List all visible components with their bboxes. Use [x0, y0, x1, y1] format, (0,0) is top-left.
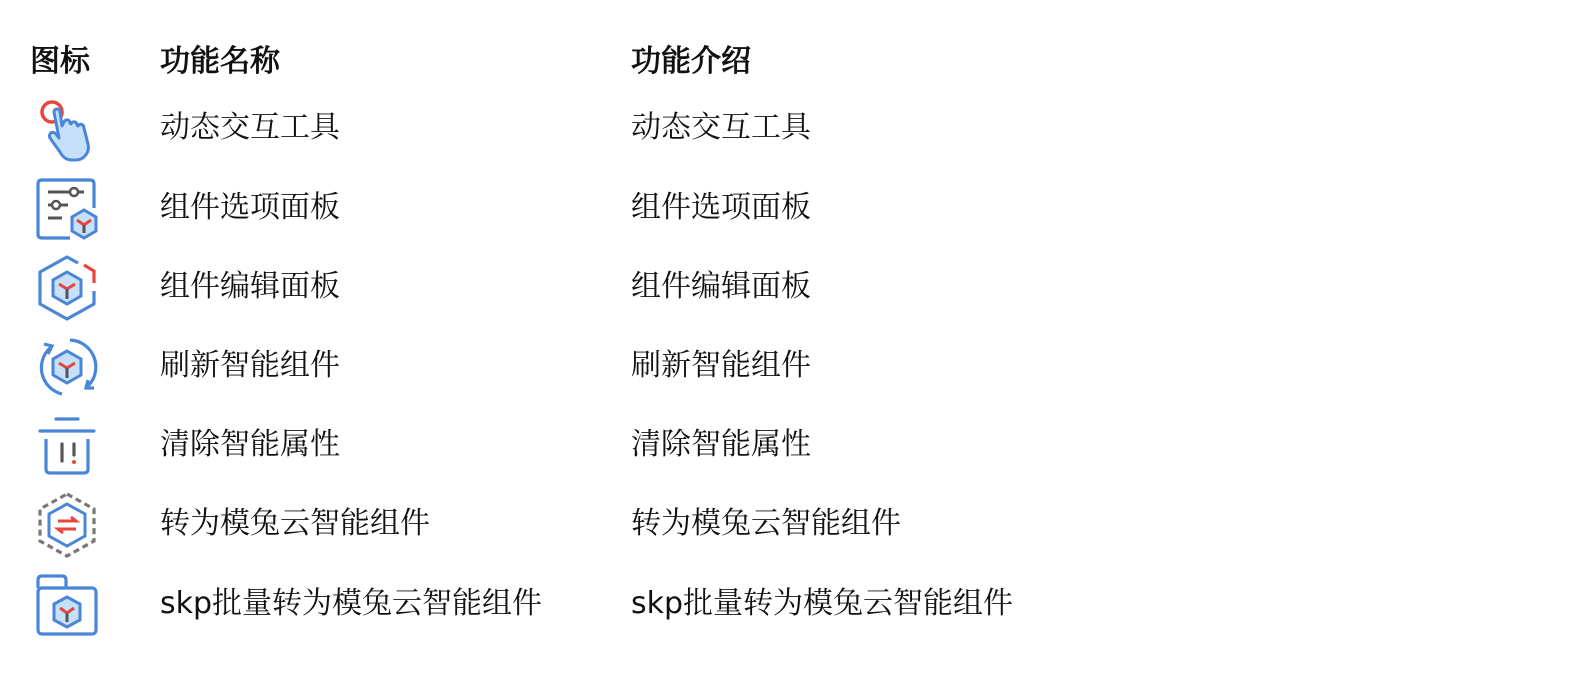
row-name: skp批量转为模兔云智能组件: [160, 582, 542, 626]
row-description: skp批量转为模兔云智能组件: [631, 582, 1013, 626]
table-row: skp批量转为模兔云智能组件 skp批量转为模兔云智能组件: [0, 570, 1580, 649]
row-name: 刷新智能组件: [160, 344, 340, 388]
header-icon: 图标: [30, 40, 90, 84]
row-description: 组件编辑面板: [631, 265, 811, 309]
component-edit-panel-icon[interactable]: [32, 253, 102, 323]
clear-attributes-trash-icon[interactable]: [32, 411, 102, 481]
row-name: 动态交互工具: [160, 106, 340, 150]
convert-component-icon[interactable]: [32, 490, 102, 560]
batch-convert-folder-icon[interactable]: [32, 570, 102, 640]
row-description: 组件选项面板: [631, 186, 811, 230]
row-name: 转为模兔云智能组件: [160, 502, 430, 546]
table-row: 组件编辑面板 组件编辑面板: [0, 253, 1580, 332]
row-description: 转为模兔云智能组件: [631, 502, 901, 546]
table-row: 转为模兔云智能组件 转为模兔云智能组件: [0, 490, 1580, 569]
header-name: 功能名称: [160, 40, 280, 84]
refresh-component-icon[interactable]: [32, 332, 102, 402]
table-row: 刷新智能组件 刷新智能组件: [0, 332, 1580, 411]
row-name: 组件选项面板: [160, 186, 340, 230]
row-name: 清除智能属性: [160, 423, 340, 467]
table-header: 图标 功能名称 功能介绍: [0, 40, 1580, 84]
row-description: 清除智能属性: [631, 423, 811, 467]
row-description: 动态交互工具: [631, 106, 811, 150]
row-name: 组件编辑面板: [160, 265, 340, 309]
table-row: 动态交互工具 动态交互工具: [0, 94, 1580, 173]
header-description: 功能介绍: [631, 40, 751, 84]
table-row: 清除智能属性 清除智能属性: [0, 411, 1580, 490]
row-description: 刷新智能组件: [631, 344, 811, 388]
component-options-panel-icon[interactable]: [32, 174, 102, 244]
table-row: 组件选项面板 组件选项面板: [0, 174, 1580, 253]
tap-hand-icon[interactable]: [32, 94, 102, 164]
